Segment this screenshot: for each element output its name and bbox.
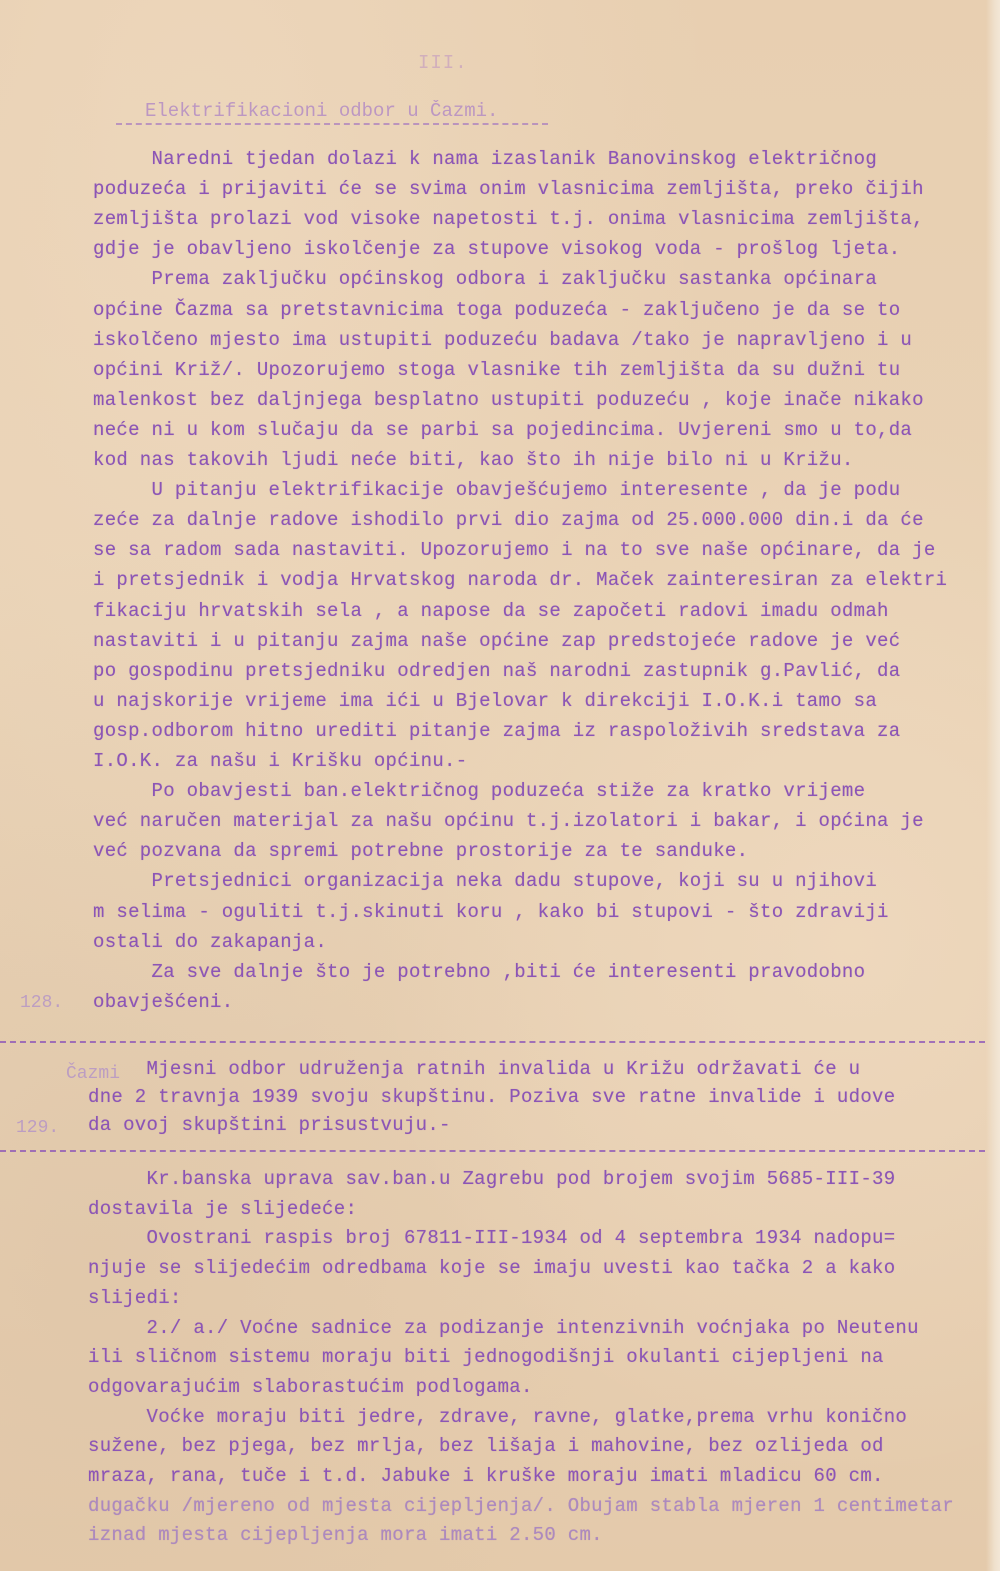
- typed-line: u najskorije vrijeme ima ići u Bjelovar …: [93, 690, 877, 712]
- title-underline: [116, 123, 548, 125]
- typed-line: Ovostrani raspis broj 67811-III-1934 od …: [88, 1227, 895, 1249]
- typed-line: dne 2 travnja 1939 svoju skupštinu. Pozi…: [88, 1086, 895, 1108]
- typed-line: sužene, bez pjega, bez mrlja, bez lišaja…: [88, 1435, 884, 1457]
- typed-line: općini Križ/. Upozorujemo stoga vlasnike…: [93, 359, 900, 381]
- separator-line: [0, 1041, 985, 1043]
- typed-line: zemljišta prolazi vod visoke napetosti t…: [93, 208, 924, 230]
- typed-line: ostali do zakapanja.: [93, 931, 327, 953]
- typed-line: fikaciju hrvatskih sela , a napose da se…: [93, 600, 889, 622]
- typed-line: se sa radom sada nastaviti. Upozorujemo …: [93, 539, 936, 561]
- typed-line: iznad mjesta cijepljenja mora imati 2.50…: [88, 1524, 603, 1546]
- typed-line: dostavila je slijedeće:: [88, 1198, 357, 1220]
- typed-line: općine Čazma sa pretstavnicima toga podu…: [93, 299, 900, 321]
- typed-line: malenkost bez daljnjega besplatno ustupi…: [93, 389, 924, 411]
- typed-line: nastaviti i u pitanju zajma naše općine …: [93, 630, 900, 652]
- typed-line: odgovarajućim slaborastućim podlogama.: [88, 1376, 533, 1398]
- typed-line: iskolčeno mjesto ima ustupiti poduzeću b…: [93, 329, 912, 351]
- typed-line: njuje se slijedećim odredbama koje se im…: [88, 1257, 895, 1279]
- typed-line: U pitanju elektrifikacije obavješćujemo …: [93, 479, 900, 501]
- typed-line: Prema zaključku općinskog odbora i zaklj…: [93, 268, 877, 290]
- typed-line: ili sličnom sistemu moraju biti jednogod…: [88, 1346, 884, 1368]
- typed-line: Po obavjesti ban.električnog poduzeća st…: [93, 780, 865, 802]
- typed-line: 2./ a./ Voćne sadnice za podizanje inten…: [88, 1317, 919, 1339]
- typed-line: obavješćeni.: [93, 991, 233, 1013]
- typed-line: I.O.K. za našu i Krišku općinu.-: [93, 750, 467, 772]
- typed-line: već naručen materijal za našu općinu t.j…: [93, 810, 924, 832]
- typed-line: mraza, rana, tuče i t.d. Jabuke i kruške…: [88, 1465, 884, 1487]
- typed-line: gosp.odborom hitno urediti pitanje zajma…: [93, 720, 900, 742]
- typed-line: dugačku /mjereno od mjesta cijepljenja/.…: [88, 1495, 954, 1517]
- typed-line: da ovoj skupštini prisustvuju.-: [88, 1114, 451, 1136]
- separator-line: [0, 1150, 985, 1152]
- typed-line: kod nas takovih ljudi neće biti, kao što…: [93, 449, 854, 471]
- typed-line: i pretsjednik i vodja Hrvatskog naroda d…: [93, 569, 947, 591]
- typed-line: m selima - oguliti t.j.skinuti koru , ka…: [93, 901, 889, 923]
- typed-line: zeće za dalnje radove ishodilo prvi dio …: [93, 509, 924, 531]
- document-page: III. Elektrifikacioni odbor u Čazmi. Nar…: [0, 0, 1000, 1571]
- typed-line: slijedi:: [88, 1287, 182, 1309]
- paper-edge: [986, 0, 1000, 1571]
- typed-line: poduzeća i prijaviti će se svima onim vl…: [93, 178, 924, 200]
- margin-number-128: 128.: [20, 993, 63, 1013]
- typed-line: neće ni u kom slučaju da se parbi sa poj…: [93, 419, 912, 441]
- typed-line: Pretsjednici organizacija neka dadu stup…: [93, 870, 877, 892]
- typed-line: Voćke moraju biti jedre, zdrave, ravne, …: [88, 1406, 907, 1428]
- section-number: III.: [418, 52, 468, 74]
- typed-line: gdje je obavljeno iskolčenje za stupove …: [93, 238, 900, 260]
- typed-line: Mjesni odbor udruženja ratnih invalida u…: [88, 1058, 860, 1080]
- typed-line: po gospodinu pretsjedniku odredjen naš n…: [93, 660, 900, 682]
- margin-number-129: 129.: [16, 1118, 59, 1138]
- typed-line: Naredni tjedan dolazi k nama izaslanik B…: [93, 148, 877, 170]
- typed-line: Kr.banska uprava sav.ban.u Zagrebu pod b…: [88, 1168, 895, 1190]
- typed-line: Za sve dalnje što je potrebno ,biti će i…: [93, 961, 865, 983]
- typed-line: već pozvana da spremi potrebne prostorij…: [93, 840, 748, 862]
- section-title: Elektrifikacioni odbor u Čazmi.: [145, 100, 498, 122]
